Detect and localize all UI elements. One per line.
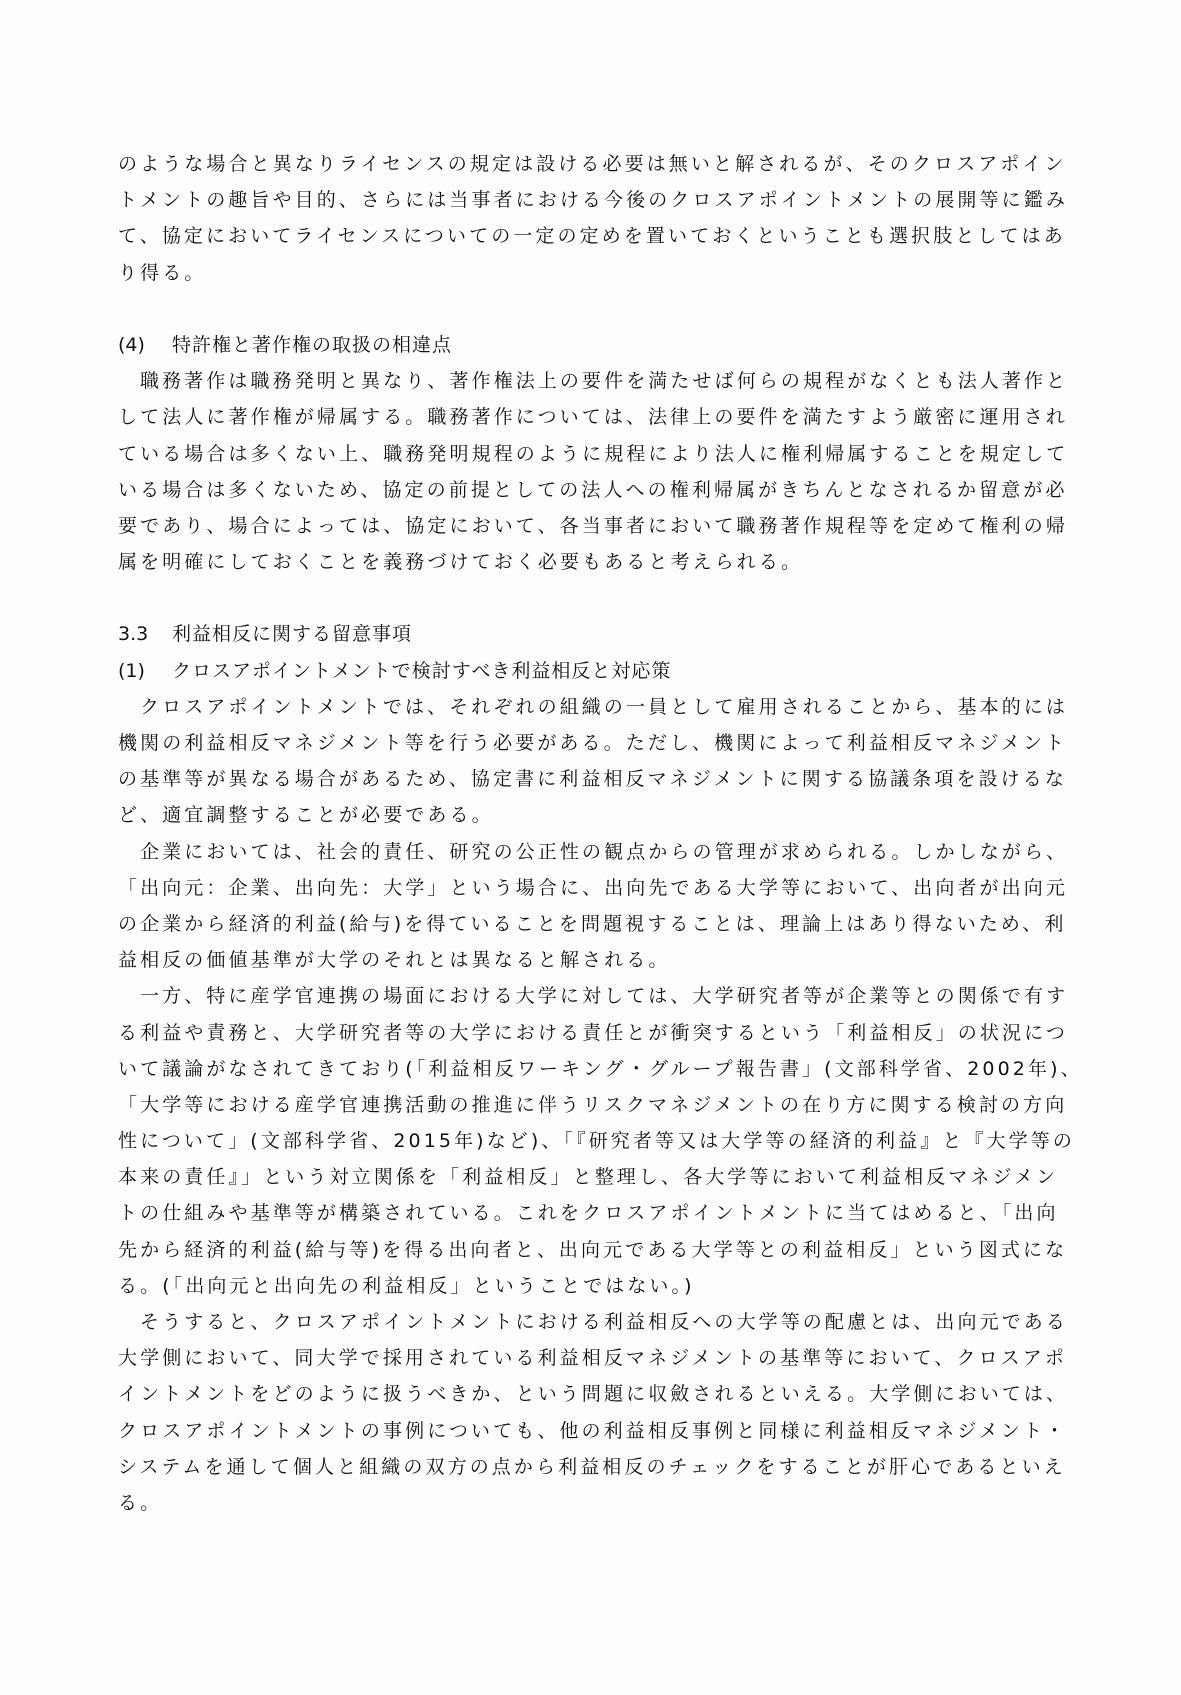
section-number: 3.3 [118, 616, 172, 652]
text-line: 性について」(文部科学省、2015年)など)、「『研究者等又は大学等の経済的利益… [118, 1123, 1068, 1159]
text-line: イントメントをどのように扱うべきか、という問題に収斂されるといえる。大学側におい… [118, 1376, 1068, 1412]
text-line: 職務著作は職務発明と異なり、著作権法上の要件を満たせば何らの規程がなくとも法人著… [118, 363, 1068, 399]
text-line: ている場合は多くない上、職務発明規程のように規程により法人に権利帰属することを規… [118, 436, 1068, 472]
text-line: トの仕組みや基準等が構築されている。これをクロスアポイントメントに当てはめると、… [118, 1195, 1068, 1231]
paragraph: クロスアポイントメントでは、それぞれの組織の一員として雇用されることから、基本的… [118, 689, 1068, 834]
text-line: の基準等が異なる場合があるため、協定書に利益相反マネジメントに関する協議条項を設… [118, 761, 1068, 797]
section-number: (4) [118, 327, 172, 363]
text-line: クロスアポイントメントでは、それぞれの組織の一員として雇用されることから、基本的… [118, 689, 1068, 725]
section-title: 利益相反に関する留意事項 [172, 623, 412, 645]
intro-paragraph: のような場合と異なりライセンスの規定は設ける必要は無いと解されるが、そのクロスア… [118, 146, 1068, 291]
text-line: そうすると、クロスアポイントメントにおける利益相反への大学等の配慮とは、出向元で… [118, 1304, 1068, 1340]
text-line: る。 [118, 1485, 1068, 1521]
text-line: いる場合は多くないため、協定の前提としての法人への権利帰属がきちんとなされるか留… [118, 472, 1068, 508]
text-line: 益相反の価値基準が大学のそれとは異なると解される。 [118, 942, 1068, 978]
spacer [118, 580, 1068, 616]
text-line: の企業から経済的利益(給与)を得ていることを問題視することは、理論上はあり得ない… [118, 906, 1068, 942]
text-line: のような場合と異なりライセンスの規定は設ける必要は無いと解されるが、そのクロスア… [118, 146, 1068, 182]
text-line: トメントの趣旨や目的、さらには当事者における今後のクロスアポイントメントの展開等… [118, 182, 1068, 218]
text-line: 要であり、場合によっては、協定において、各当事者において職務著作規程等を定めて権… [118, 508, 1068, 544]
text-line: システムを通して個人と組織の双方の点から利益相反のチェックをすることが肝心である… [118, 1449, 1068, 1485]
section-number: (1) [118, 653, 172, 689]
section-4-paragraph: 職務著作は職務発明と異なり、著作権法上の要件を満たせば何らの規程がなくとも法人著… [118, 363, 1068, 580]
section-title: クロスアポイントメントで検討すべき利益相反と対応策 [172, 660, 671, 682]
text-line: 機関の利益相反マネジメント等を行う必要がある。ただし、機関によって利益相反マネジ… [118, 725, 1068, 761]
text-line: 「出向元：企業、出向先：大学」という場合に、出向先である大学等において、出向者が… [118, 870, 1068, 906]
section-4-heading: (4)特許権と著作権の取扱の相違点 [118, 327, 1068, 363]
text-line: 大学側において、同大学で採用されている利益相反マネジメントの基準等において、クロ… [118, 1340, 1068, 1376]
text-line: 「大学等における産学官連携活動の推進に伴うリスクマネジメントの在り方に関する検討… [118, 1087, 1068, 1123]
text-line: 企業においては、社会的責任、研究の公正性の観点からの管理が求められる。しかしなが… [118, 834, 1068, 870]
text-line: り得る。 [118, 255, 1068, 291]
text-line: る利益や責務と、大学研究者等の大学における責任とが衝突するという「利益相反」の状… [118, 1015, 1068, 1051]
paragraph: 一方、特に産学官連携の場面における大学に対しては、大学研究者等が企業等との関係で… [118, 978, 1068, 1304]
spacer [118, 291, 1068, 327]
paragraph: 企業においては、社会的責任、研究の公正性の観点からの管理が求められる。しかしなが… [118, 834, 1068, 979]
text-line: いて議論がなされてきており(「利益相反ワーキング・グループ報告書」(文部科学省、… [118, 1051, 1068, 1087]
section-title: 特許権と著作権の取扱の相違点 [172, 334, 452, 356]
text-line: て、協定においてライセンスについての一定の定めを置いておくということも選択肢とし… [118, 218, 1068, 254]
text-line: る。(「出向元と出向先の利益相反」ということではない。) [118, 1268, 1068, 1304]
subsection-1-heading: (1)クロスアポイントメントで検討すべき利益相反と対応策 [118, 653, 1068, 689]
text-line: 本来の責任』」という対立関係を「利益相反」と整理し、各大学等において利益相反マネ… [118, 1159, 1068, 1195]
section-3-3-heading: 3.3利益相反に関する留意事項 [118, 616, 1068, 652]
text-line: 属を明確にしておくことを義務づけておく必要もあると考えられる。 [118, 544, 1068, 580]
document-page: のような場合と異なりライセンスの規定は設ける必要は無いと解されるが、そのクロスア… [118, 146, 1068, 1521]
text-line: ど、適宜調整することが必要である。 [118, 797, 1068, 833]
text-line: して法人に著作権が帰属する。職務著作については、法律上の要件を満たすよう厳密に運… [118, 399, 1068, 435]
paragraph: そうすると、クロスアポイントメントにおける利益相反への大学等の配慮とは、出向元で… [118, 1304, 1068, 1521]
text-line: 一方、特に産学官連携の場面における大学に対しては、大学研究者等が企業等との関係で… [118, 978, 1068, 1014]
text-line: 先から経済的利益(給与等)を得る出向者と、出向元である大学等との利益相反」という… [118, 1232, 1068, 1268]
text-line: クロスアポイントメントの事例についても、他の利益相反事例と同様に利益相反マネジメ… [118, 1413, 1068, 1449]
